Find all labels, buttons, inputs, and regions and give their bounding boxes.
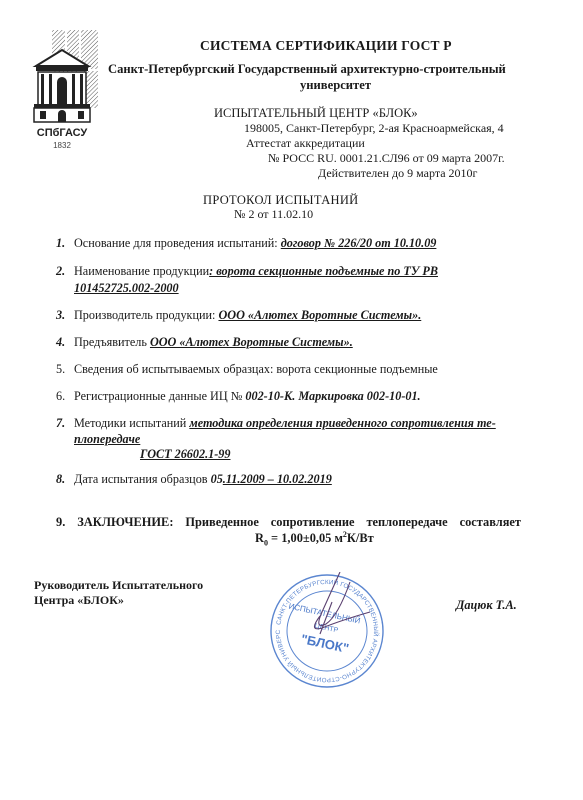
certification-system-title: СИСТЕМА СЕРТИФИКАЦИИ ГОСТ Р [200,38,452,54]
item-value: .11.2009 – 10.02.2019 [223,472,332,486]
item-number: 2. [56,264,74,279]
svg-text:СПбГАСУ: СПбГАСУ [37,127,88,139]
value-number: = 1,00±0,05 м [268,531,343,545]
conclusion-word: сопротивление [271,515,355,530]
test-center-address: 198005, Санкт-Петербург, 2-ая Красноарме… [244,121,504,136]
item-value: договор № 226/20 от 10.10.09 [281,236,437,250]
item-label: Регистрационные данные ИЦ № [74,389,245,403]
university-logo: СПбГАСУ 1832 [30,28,100,153]
item-value: ООО «Алютех Воротные Системы». [218,308,421,322]
item-number: 6. [56,389,74,404]
conclusion-label: ЗАКЛЮЧЕНИЕ: [77,515,173,530]
university-name: Санкт-Петербургский Государственный архи… [108,62,506,77]
official-stamp: САНКТ-ПЕТЕРБУРГСКИЙ ГОСУДАРСТВЕННЫЙ АРХИ… [262,572,392,690]
signatory-role-line1: Руководитель Испытательного [34,578,203,593]
conclusion-word: Приведенное [185,515,258,530]
test-center-name: ИСПЫТАТЕЛЬНЫЙ ЦЕНТР «БЛОК» [214,106,418,121]
accreditation-number: № РОСС RU. 0001.21.СЛ96 от 09 марта 2007… [268,151,505,166]
item-value: методика определения приведенного сопрот… [189,416,495,430]
item-label: Основание для проведения испытаний: [74,236,281,250]
svg-text:1832: 1832 [53,141,71,150]
conclusion: 9. ЗАКЛЮЧЕНИЕ: Приведенное сопротивление… [56,515,521,530]
item-label: Наименование продукции [74,264,209,278]
item-number: 8. [56,472,74,487]
conclusion-value: R0 = 1,00±0,05 м2К/Вт [255,530,374,548]
item-number: 5. [56,362,74,377]
signatory-role-line2: Центра «БЛОК» [34,593,203,608]
list-item: 7.Методики испытаний методика определени… [56,416,496,431]
signatory-role: Руководитель Испытательного Центра «БЛОК… [34,578,203,608]
item-label: Сведения об испытываемых образцах: ворот… [74,362,438,376]
item-label: Методики испытаний [74,416,189,430]
item-label: Дата испытания образцов [74,472,211,486]
list-item: 3.Производитель продукции: ООО «Алютех В… [56,308,421,323]
protocol-title: ПРОТОКОЛ ИСПЫТАНИЙ [203,193,359,208]
signatory-name: Дацюк Т.А. [456,598,517,613]
item-value-cont: 101452725.002-2000 [74,281,179,296]
list-item: 2.Наименование продукции: ворота секцион… [56,264,438,279]
list-item: 8.Дата испытания образцов 05.11.2009 – 1… [56,472,332,487]
svg-text:"БЛОК": "БЛОК" [300,631,351,656]
accreditation-label: Аттестат аккредитации [246,136,365,151]
protocol-number: № 2 от 11.02.10 [234,207,313,222]
list-item: 1.Основание для проведения испытаний: до… [56,236,436,251]
item-value-standard: ГОСТ 26602.1-99 [140,447,230,462]
university-name-cont: университет [300,78,371,93]
item-label: Предъявитель [74,335,150,349]
item-number: 1. [56,236,74,251]
list-item: 5.Сведения об испытываемых образцах: вор… [56,362,438,377]
accreditation-valid-until: Действителен до 9 марта 2010г [318,166,477,181]
item-value-cont: плопередаче [74,432,140,447]
item-value: ООО «Алютех Воротные Системы». [150,335,353,349]
item-value-prefix: 05 [211,472,223,486]
item-value: : ворота секционные подъемные по ТУ РВ [209,264,438,278]
conclusion-number: 9. [56,515,65,530]
item-number: 4. [56,335,74,350]
item-number: 7. [56,416,74,431]
conclusion-word: составляет [460,515,521,530]
value-unit: К/Вт [347,531,374,545]
item-value: 002-10-К. Маркировка 002-10-01. [245,389,420,403]
list-item: 4.Предъявитель ООО «Алютех Воротные Сист… [56,335,353,350]
list-item: 6.Регистрационные данные ИЦ № 002-10-К. … [56,389,421,404]
conclusion-word: теплопередаче [366,515,447,530]
item-number: 3. [56,308,74,323]
item-label: Производитель продукции: [74,308,218,322]
value-symbol: R [255,531,264,545]
